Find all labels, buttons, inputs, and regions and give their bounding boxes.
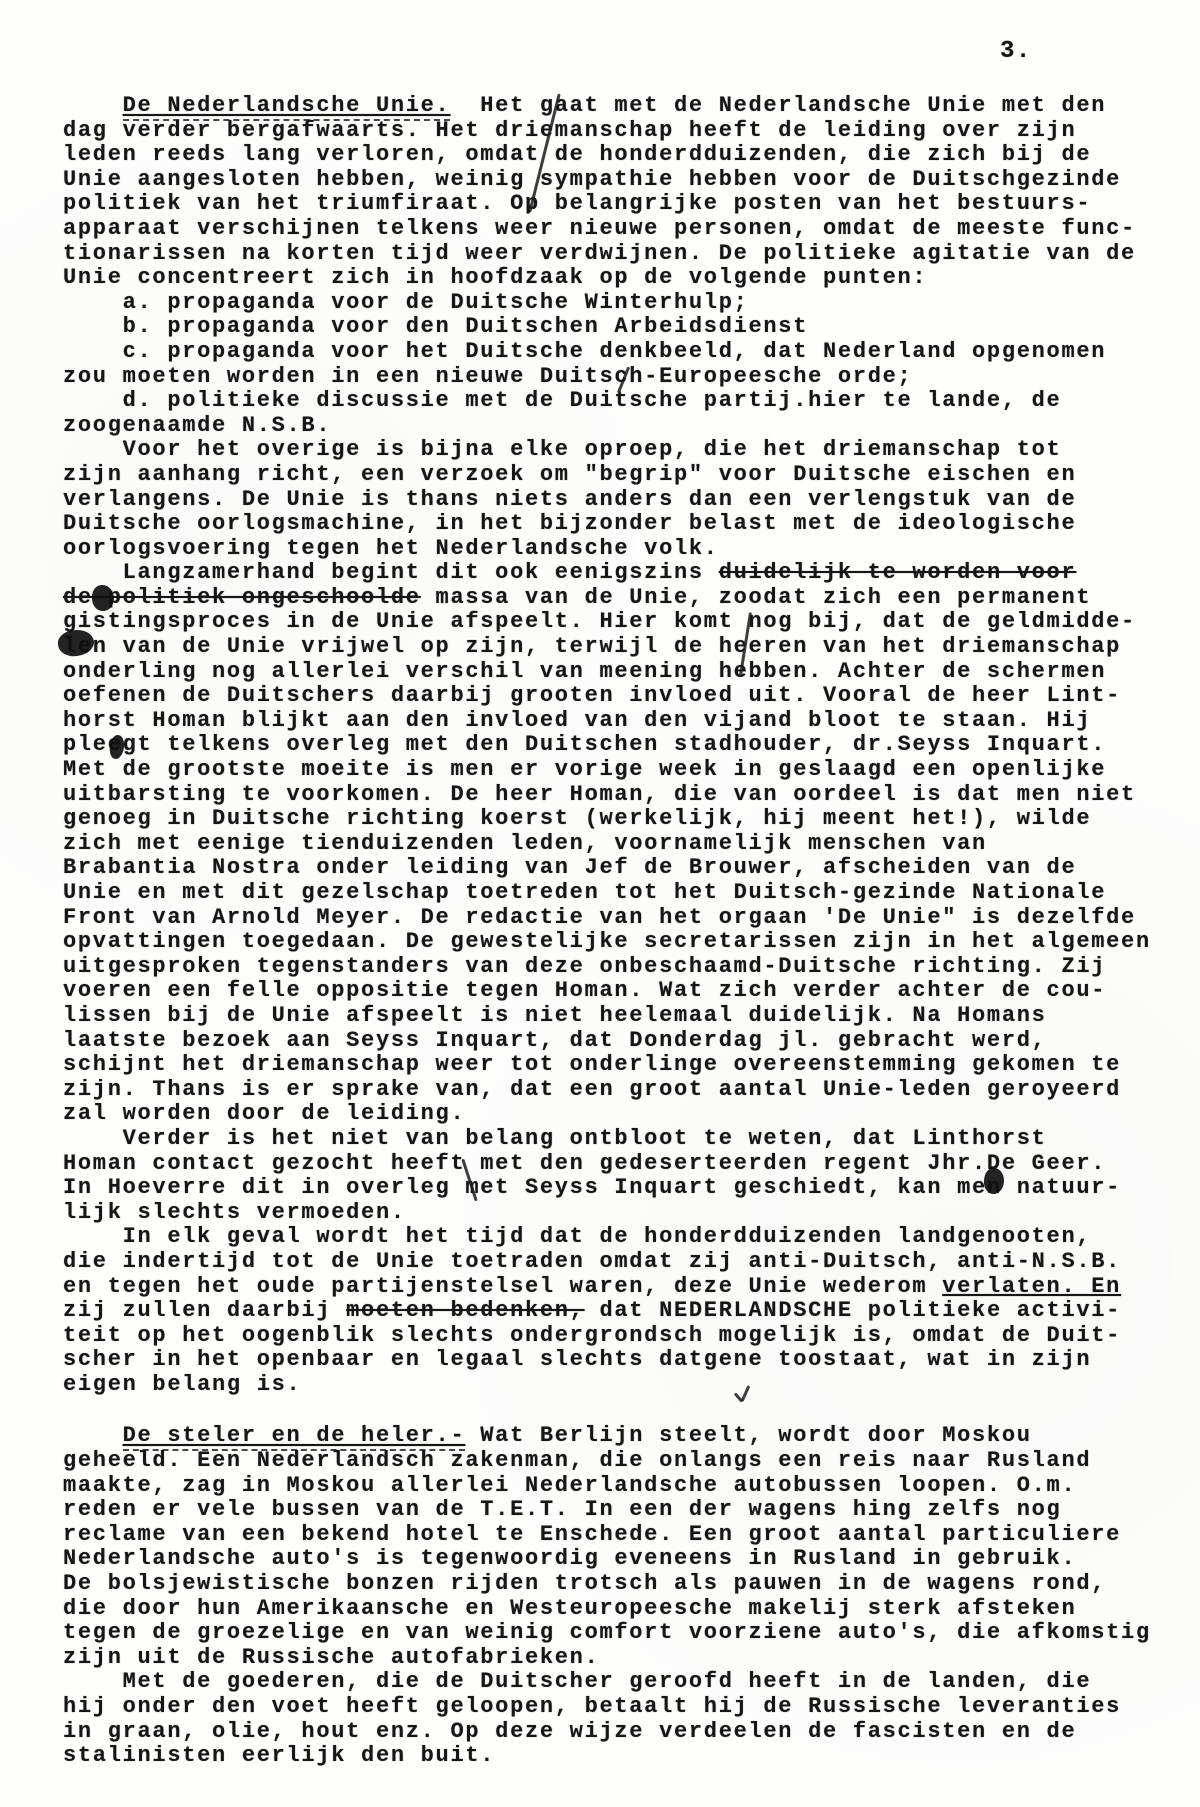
text-segment: Langzamerhand begint dit ook eenigszins <box>63 560 719 585</box>
text-segment: tegen de groezelige en van weinig comfor… <box>63 1620 1151 1645</box>
text-segment: Unie en met dit gezelschap toetreden tot… <box>63 880 1106 905</box>
text-segment: stalinisten eerlijk den buit. <box>63 1743 495 1768</box>
text-segment: zij zullen daarbij <box>63 1298 346 1323</box>
text-segment <box>63 93 123 118</box>
text-line: zijn uit de Russische autofabrieken. <box>63 1646 1148 1671</box>
text-line: horst Homan blijkt aan den invloed van d… <box>63 709 1148 734</box>
text-line: uitbarsting te voorkomen. De heer Homan,… <box>63 783 1148 808</box>
text-segment: zou moeten worden in een nieuwe Duitsch-… <box>63 364 912 389</box>
text-segment: Het gaat met de Nederlandsche Unie met d… <box>450 93 1106 118</box>
text-segment: geheeld. Een Nederlandsch zakenman, die … <box>63 1448 1091 1473</box>
text-segment: gistingsproces in de Unie afspeelt. Hier… <box>63 609 1136 634</box>
text-segment: In Hoeverre dit in overleg met Seyss Inq… <box>63 1175 1121 1200</box>
text-segment: politiek van het triumfiraat. Op belangr… <box>63 191 1091 216</box>
text-segment: Verder is het niet van belang ontbloot t… <box>63 1126 1047 1151</box>
text-line: de politiek ongeschoolde massa van de Un… <box>63 586 1148 611</box>
text-line: zijn aanhang richt, een verzoek om "begr… <box>63 463 1148 488</box>
text-line: tionarissen na korten tijd weer verdwijn… <box>63 242 1148 267</box>
text-segment: De bolsjewistische bonzen rijden trotsch… <box>63 1571 1106 1596</box>
text-segment: maakte, zag in Moskou allerlei Nederland… <box>63 1473 1076 1498</box>
text-line: die indertijd tot de Unie toetraden omda… <box>63 1250 1148 1275</box>
text-line: lissen bij de Unie afspeelt is niet heel… <box>63 1004 1148 1029</box>
text-segment: uitbarsting te voorkomen. De heer Homan,… <box>63 782 1136 807</box>
text-segment: zijn aanhang richt, een verzoek om "begr… <box>63 462 1076 487</box>
text-segment: tionarissen na korten tijd weer verdwijn… <box>63 241 1136 266</box>
text-line: die door hun Amerikaansche en Westeurope… <box>63 1597 1148 1622</box>
marked-text: duidelijk te worden voor <box>719 560 1077 585</box>
text-segment: zijn. Thans is er sprake van, dat een gr… <box>63 1077 1121 1102</box>
text-line: verlangens. De Unie is thans niets ander… <box>63 488 1148 513</box>
text-line: Langzamerhand begint dit ook eenigszins … <box>63 561 1148 586</box>
text-line: Brabantia Nostra onder leiding van Jef d… <box>63 856 1148 881</box>
text-segment: oorlogsvoering tegen het Nederlandsche v… <box>63 536 719 561</box>
text-segment: Voor het overige is bijna elke oproep, d… <box>63 437 1061 462</box>
ink-blot <box>92 585 114 611</box>
text-line: leden reeds lang verloren, omdat de hond… <box>63 143 1148 168</box>
text-segment: leden reeds lang verloren, omdat de hond… <box>63 142 1091 167</box>
text-segment: reden er vele bussen van de T.E.T. In ee… <box>63 1497 1061 1522</box>
text-line: maakte, zag in Moskou allerlei Nederland… <box>63 1474 1148 1499</box>
text-line: reden er vele bussen van de T.E.T. In ee… <box>63 1498 1148 1523</box>
text-segment: Met de grootste moeite is men er vorige … <box>63 757 1106 782</box>
text-segment: Brabantia Nostra onder leiding van Jef d… <box>63 855 1076 880</box>
text-line: zij zullen daarbij moeten bedenken, dat … <box>63 1299 1148 1324</box>
steler-en-heler-section: De steler en de heler.- Wat Berlijn stee… <box>63 1424 1148 1768</box>
text-line: voeren een felle oppositie tegen Homan. … <box>63 979 1148 1004</box>
text-line: Verder is het niet van belang ontbloot t… <box>63 1127 1148 1152</box>
text-line: zou moeten worden in een nieuwe Duitsch-… <box>63 365 1148 390</box>
text-line: opvattingen toegedaan. De gewestelijke s… <box>63 930 1148 955</box>
text-line: De Nederlandsche Unie. Het gaat met de N… <box>63 94 1148 119</box>
text-line: b. propaganda voor den Duitschen Arbeids… <box>63 315 1148 340</box>
text-segment: onderling nog allerlei verschil van meen… <box>63 659 1106 684</box>
document-page: 3. De Nederlandsche Unie. Het gaat met d… <box>0 0 1200 1807</box>
text-line: dag verder bergafwaarts. Het driemanscha… <box>63 119 1148 144</box>
text-line: zal worden door de leiding. <box>63 1102 1148 1127</box>
text-segment: genoeg in Duitsche richting koerst (werk… <box>63 806 1091 831</box>
text-line: zijn. Thans is er sprake van, dat een gr… <box>63 1078 1148 1103</box>
text-segment: zich met eenige tienduizenden leden, voo… <box>63 831 987 856</box>
marked-text: moeten bedenken, <box>346 1298 584 1323</box>
text-line: uitgesproken tegenstanders van deze onbe… <box>63 955 1148 980</box>
text-line: onderling nog allerlei verschil van meen… <box>63 660 1148 685</box>
text-line: Front van Arnold Meyer. De redactie van … <box>63 906 1148 931</box>
text-line: tegen de groezelige en van weinig comfor… <box>63 1621 1148 1646</box>
text-segment: len van de Unie vrijwel op zijn, terwijl… <box>63 634 1121 659</box>
text-segment: opvattingen toegedaan. De gewestelijke s… <box>63 929 1151 954</box>
text-segment: die indertijd tot de Unie toetraden omda… <box>63 1249 1121 1274</box>
text-line: geheeld. Een Nederlandsch zakenman, die … <box>63 1449 1148 1474</box>
text-segment: lissen bij de Unie afspeelt is niet heel… <box>63 1003 1047 1028</box>
text-segment: verlangens. De Unie is thans niets ander… <box>63 487 1076 512</box>
text-segment: dat NEDERLANDSCHE politieke activi- <box>585 1298 1121 1323</box>
text-segment: hij onder den voet heeft geloopen, betaa… <box>63 1694 1121 1719</box>
marked-text: de politiek ongeschoolde <box>63 585 421 610</box>
text-segment: zal worden door de leiding. <box>63 1101 465 1126</box>
text-segment: Unie aangesloten hebben, weinig sympathi… <box>63 167 1121 192</box>
text-line: teit op het oogenblik slechts ondergrond… <box>63 1324 1148 1349</box>
text-segment: Duitsche oorlogsmachine, in het bijzonde… <box>63 511 1076 536</box>
text-segment: b. propaganda voor den Duitschen Arbeids… <box>63 314 808 339</box>
text-segment: Homan contact gezocht heeft met den gede… <box>63 1151 1106 1176</box>
text-line: en tegen het oude partijenstelsel waren,… <box>63 1275 1148 1300</box>
text-line: eigen belang is. <box>63 1373 1148 1398</box>
text-line: stalinisten eerlijk den buit. <box>63 1744 1148 1769</box>
text-line: politiek van het triumfiraat. Op belangr… <box>63 192 1148 217</box>
text-line: Voor het overige is bijna elke oproep, d… <box>63 438 1148 463</box>
text-segment: laatste bezoek aan Seyss Inquart, dat Do… <box>63 1028 1047 1053</box>
text-line: Unie en met dit gezelschap toetreden tot… <box>63 881 1148 906</box>
text-line: d. politieke discussie met de Duitsche p… <box>63 389 1148 414</box>
text-segment: apparaat verschijnen telkens weer nieuwe… <box>63 216 1136 241</box>
text-line: genoeg in Duitsche richting koerst (werk… <box>63 807 1148 832</box>
text-line: pleegt telkens overleg met den Duitschen… <box>63 733 1148 758</box>
text-line: De bolsjewistische bonzen rijden trotsch… <box>63 1572 1148 1597</box>
text-segment: zoogenaamde N.S.B. <box>63 413 331 438</box>
text-line: laatste bezoek aan Seyss Inquart, dat Do… <box>63 1029 1148 1054</box>
text-segment: schijnt het driemanschap weer tot onderl… <box>63 1052 1121 1077</box>
marked-text: verlaten. En <box>942 1274 1121 1299</box>
text-line: Unie concentreert zich in hoofdzaak op d… <box>63 266 1148 291</box>
text-line: Duitsche oorlogsmachine, in het bijzonde… <box>63 512 1148 537</box>
nederlandsche-unie-section: De Nederlandsche Unie. Het gaat met de N… <box>63 94 1148 1397</box>
text-segment: Met de goederen, die de Duitscher geroof… <box>63 1669 1091 1694</box>
text-segment: a. propaganda voor de Duitsche Winterhul… <box>63 290 749 315</box>
text-segment: eigen belang is. <box>63 1372 301 1397</box>
text-line: Nederlandsche auto's is tegenwoordig eve… <box>63 1547 1148 1572</box>
text-segment: Nederlandsche auto's is tegenwoordig eve… <box>63 1546 1076 1571</box>
text-segment: Wat Berlijn steelt, wordt door Moskou <box>465 1423 1031 1448</box>
text-line: len van de Unie vrijwel op zijn, terwijl… <box>63 635 1148 660</box>
text-line: zich met eenige tienduizenden leden, voo… <box>63 832 1148 857</box>
text-segment: In elk geval wordt het tijd dat de honde… <box>63 1224 1091 1249</box>
text-segment <box>63 1423 123 1448</box>
text-segment: in graan, olie, hout enz. Op deze wijze … <box>63 1719 1076 1744</box>
text-segment: voeren een felle oppositie tegen Homan. … <box>63 978 1106 1003</box>
text-segment: pleegt telkens overleg met den Duitschen… <box>63 732 1106 757</box>
text-line: Met de goederen, die de Duitscher geroof… <box>63 1670 1148 1695</box>
text-line: In elk geval wordt het tijd dat de honde… <box>63 1225 1148 1250</box>
text-segment: lijk slechts vermoeden. <box>63 1200 406 1225</box>
text-segment: d. politieke discussie met de Duitsche p… <box>63 388 1061 413</box>
text-segment: massa van de Unie, zoodat zich een perma… <box>421 585 1092 610</box>
text-segment: en tegen het oude partijenstelsel waren,… <box>63 1274 942 1299</box>
text-line: Unie aangesloten hebben, weinig sympathi… <box>63 168 1148 193</box>
text-segment: uitgesproken tegenstanders van deze onbe… <box>63 954 1106 979</box>
text-segment: Front van Arnold Meyer. De redactie van … <box>63 905 1136 930</box>
text-line: Met de grootste moeite is men er vorige … <box>63 758 1148 783</box>
text-segment: horst Homan blijkt aan den invloed van d… <box>63 708 1091 733</box>
text-segment: dag verder bergafwaarts. Het driemanscha… <box>63 118 1076 143</box>
text-line: lijk slechts vermoeden. <box>63 1201 1148 1226</box>
text-segment: Unie concentreert zich in hoofdzaak op d… <box>63 265 927 290</box>
text-segment: die door hun Amerikaansche en Westeurope… <box>63 1596 1076 1621</box>
text-line: oefenen de Duitschers daarbij grooten in… <box>63 684 1148 709</box>
text-line: a. propaganda voor de Duitsche Winterhul… <box>63 291 1148 316</box>
document-body: De Nederlandsche Unie. Het gaat met de N… <box>63 94 1148 1769</box>
text-line: zoogenaamde N.S.B. <box>63 414 1148 439</box>
text-line: apparaat verschijnen telkens weer nieuwe… <box>63 217 1148 242</box>
text-line: in graan, olie, hout enz. Op deze wijze … <box>63 1720 1148 1745</box>
page-number: 3. <box>1000 38 1032 65</box>
text-segment: c. propaganda voor het Duitsche denkbeel… <box>63 339 1106 364</box>
text-line: hij onder den voet heeft geloopen, betaa… <box>63 1695 1148 1720</box>
text-segment: scher in het openbaar en legaal slechts … <box>63 1347 1091 1372</box>
text-line: reclame van een bekend hotel te Enschede… <box>63 1523 1148 1548</box>
text-line: oorlogsvoering tegen het Nederlandsche v… <box>63 537 1148 562</box>
text-line: schijnt het driemanschap weer tot onderl… <box>63 1053 1148 1078</box>
text-segment: zijn uit de Russische autofabrieken. <box>63 1645 599 1670</box>
text-line: gistingsproces in de Unie afspeelt. Hier… <box>63 610 1148 635</box>
text-line: scher in het openbaar en legaal slechts … <box>63 1348 1148 1373</box>
text-segment: teit op het oogenblik slechts ondergrond… <box>63 1323 1121 1348</box>
text-segment: reclame van een bekend hotel te Enschede… <box>63 1522 1121 1547</box>
text-line: De steler en de heler.- Wat Berlijn stee… <box>63 1424 1148 1449</box>
text-line: c. propaganda voor het Duitsche denkbeel… <box>63 340 1148 365</box>
text-segment: oefenen de Duitschers daarbij grooten in… <box>63 683 1121 708</box>
